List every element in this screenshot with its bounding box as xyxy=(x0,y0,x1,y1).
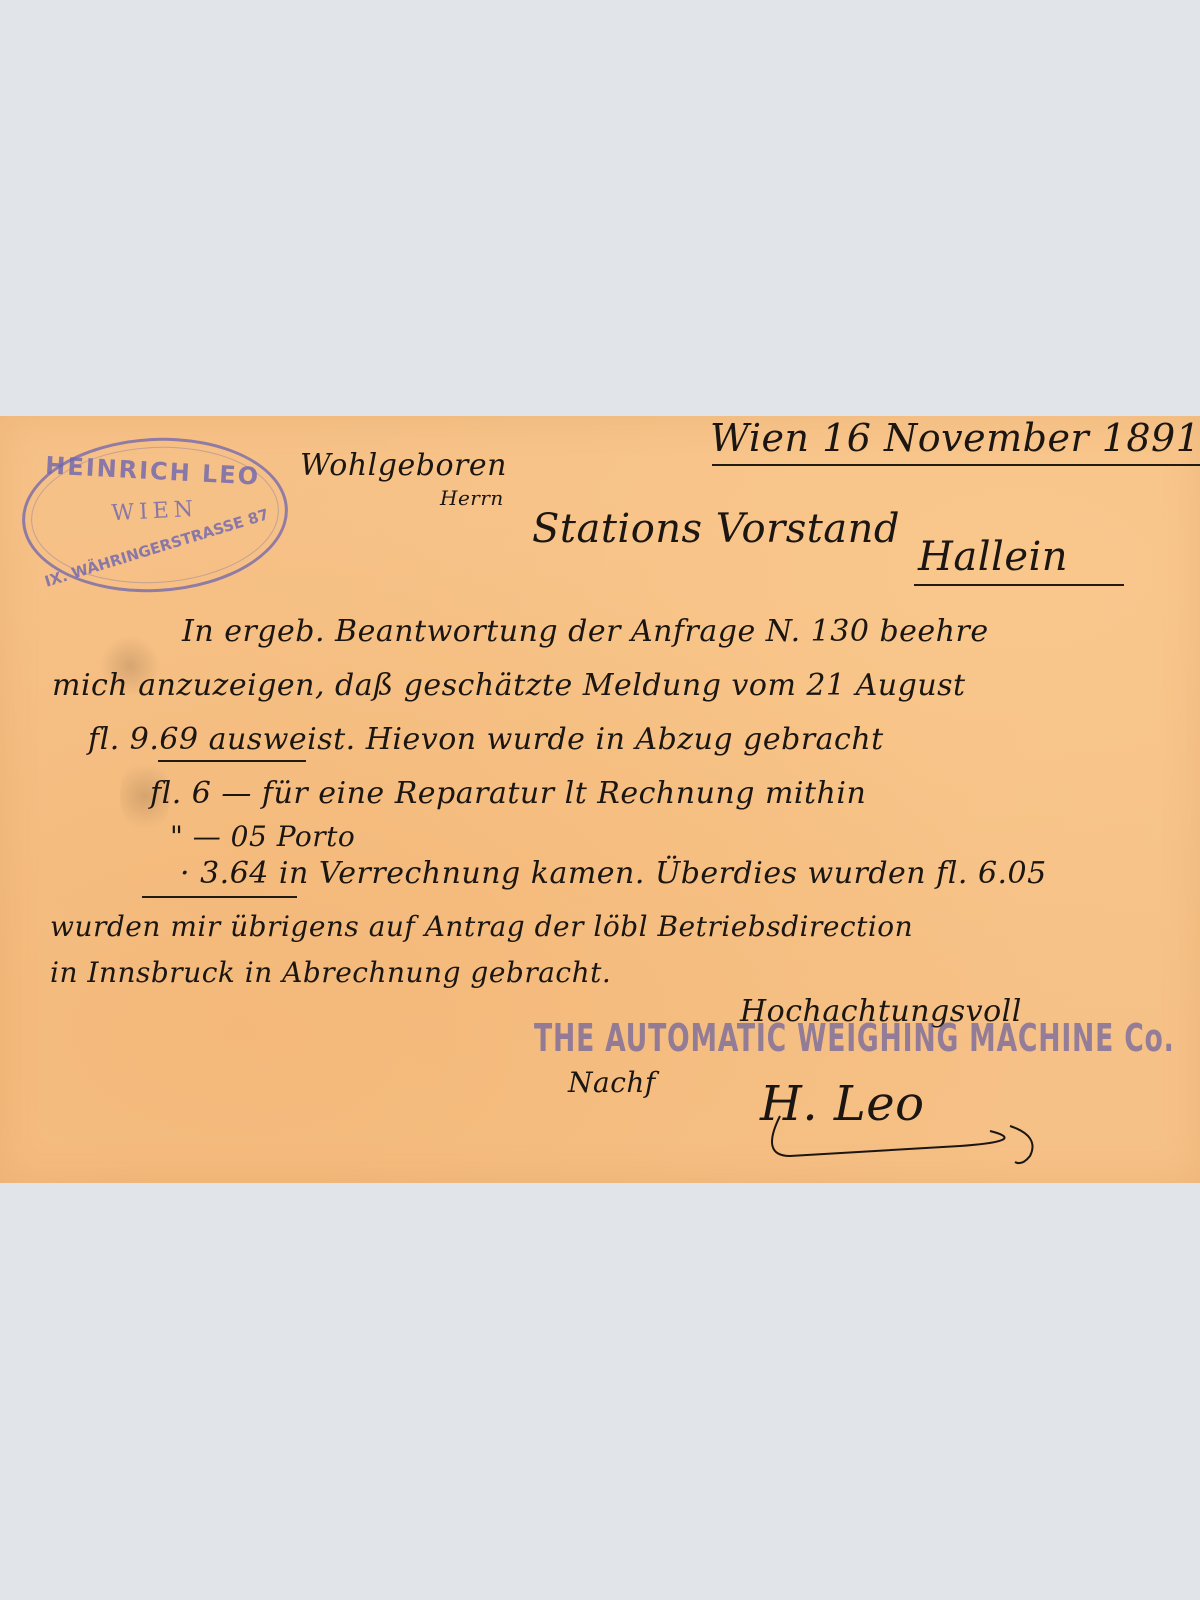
body-line-4: fl. 6 — für eine Reparatur lt Rechnung m… xyxy=(150,776,866,811)
body-line-1: In ergeb. Beantwortung der Anfrage N. 13… xyxy=(182,614,989,649)
dateline-underline xyxy=(712,464,1200,466)
stamp-city: WIEN xyxy=(24,492,285,531)
herrn-label: Herrn xyxy=(440,486,504,510)
postcard: HEINRICH LEO WIEN IX. WÄHRINGERSTRASSE 8… xyxy=(0,416,1200,1183)
sender-oval-stamp: HEINRICH LEO WIEN IX. WÄHRINGERSTRASSE 8… xyxy=(18,431,292,599)
stamp-address: IX. WÄHRINGERSTRASSE 87 xyxy=(30,501,284,594)
amount-underline xyxy=(158,760,306,762)
place-underline xyxy=(914,584,1124,586)
salutation: Wohlgeboren xyxy=(300,448,507,483)
body-line-8: in Innsbruck in Abrechnung gebracht. xyxy=(50,956,611,989)
dateline: Wien 16 November 1891 xyxy=(710,416,1200,460)
recipient: Stations Vorstand xyxy=(532,506,900,552)
balance-underline xyxy=(142,896,297,898)
body-line-5: " — 05 Porto xyxy=(170,820,355,853)
stamp-sender-name: HEINRICH LEO xyxy=(22,450,283,492)
signature-flourish xyxy=(760,1096,1060,1176)
body-line-3: fl. 9.69 ausweist. Hievon wurde in Abzug… xyxy=(88,722,884,757)
body-line-2: mich anzuzeigen, daß geschätzte Meldung … xyxy=(52,668,966,703)
place: Hallein xyxy=(918,534,1068,580)
body-line-7: wurden mir übrigens auf Antrag der löbl … xyxy=(50,910,913,943)
body-line-6: · 3.64 in Verrechnung kamen. Überdies wu… xyxy=(180,856,1047,891)
company-stamp: THE AUTOMATIC WEIGHING MACHINE Co. xyxy=(534,1016,1175,1060)
nachf-label: Nachf xyxy=(568,1066,656,1099)
